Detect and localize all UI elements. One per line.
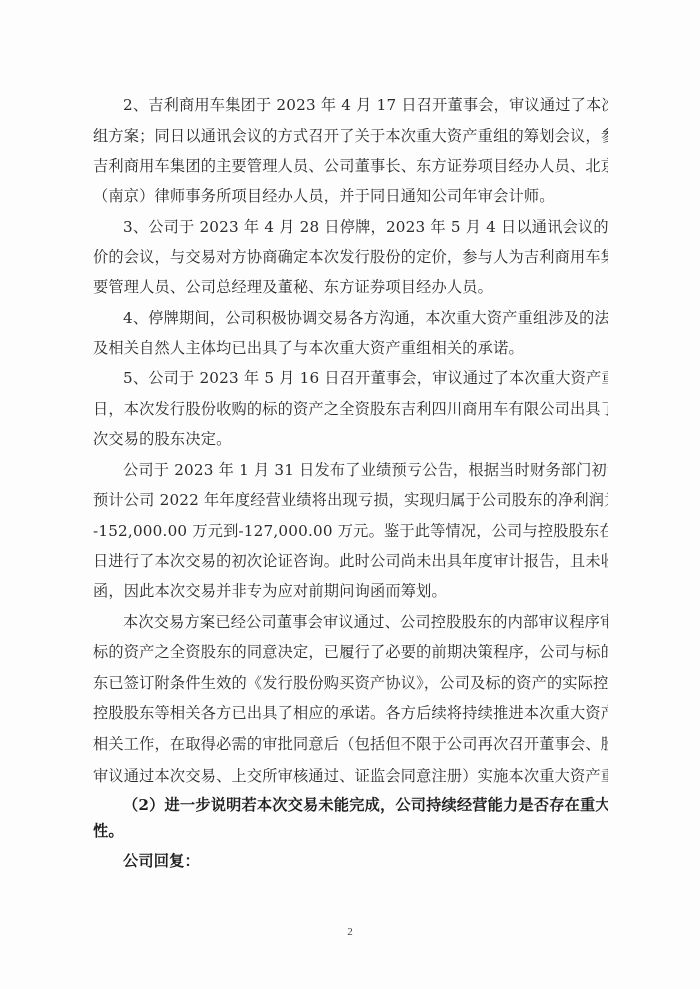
paragraph-line: 预计公司 2022 年年度经营业绩将出现亏损，实现归属于公司股东的净利润为人民币 xyxy=(93,489,608,511)
paragraph-line: 4、停牌期间，公司积极协调交易各方沟通，本次重大资产重组涉及的法人主体 xyxy=(123,307,608,329)
paragraph-line: 次交易的股东决定。 xyxy=(93,428,608,450)
question-heading: 性。 xyxy=(93,820,608,842)
paragraph-line: 公司于 2023 年 1 月 31 日发布了业绩预亏公告，根据当时财务部门初步测… xyxy=(123,459,608,481)
paragraph-line: 相关工作，在取得必需的审批同意后（包括但不限于公司再次召开董事会、股东大会 xyxy=(93,733,608,755)
document-page: 2、吉利商用车集团于 2023 年 4 月 17 日召开董事会，审议通过了本次重… xyxy=(0,0,700,989)
paragraph-line: 3、公司于 2023 年 4 月 28 日停牌，2023 年 5 月 4 日以通… xyxy=(123,216,608,238)
paragraph-line: -152,000.00 万元到-127,000.00 万元。鉴于此等情况，公司与… xyxy=(93,520,608,542)
paragraph-line: 5、公司于 2023 年 5 月 16 日召开董事会，审议通过了本次重大资产重组… xyxy=(123,367,608,389)
question-heading: （2）进一步说明若本次交易未能完成，公司持续经营能力是否存在重大不确定 xyxy=(123,794,608,816)
paragraph-line: 日进行了本次交易的初次论证咨询。此时公司尚未出具年度审计报告，且未收到问询 xyxy=(93,550,608,572)
paragraph-line: 要管理人员、公司总经理及董秘、东方证券项目经办人员。 xyxy=(93,276,608,298)
paragraph-line: 函，因此本次交易并非专为应对前期问询函而筹划。 xyxy=(93,580,608,602)
paragraph-line: 本次交易方案已经公司董事会审议通过、公司控股股东的内部审议程序审议通过、 xyxy=(123,611,608,633)
paragraph-line: 2、吉利商用车集团于 2023 年 4 月 17 日召开董事会，审议通过了本次重… xyxy=(123,94,608,116)
paragraph-line: 价的会议，与交易对方协商确定本次发行股份的定价，参与人为吉利商用车集团的主 xyxy=(93,246,608,268)
paragraph-line: （南京）律师事务所项目经办人员，并于同日通知公司年审会计师。 xyxy=(93,185,608,207)
paragraph-line: 及相关自然人主体均已出具了与本次重大资产重组相关的承诺。 xyxy=(93,337,608,359)
paragraph-line: 东已签订附条件生效的《发行股份购买资产协议》，公司及标的资产的实际控制人、 xyxy=(93,672,608,694)
paragraph-line: 标的资产之全资股东的同意决定，已履行了必要的前期决策程序，公司与标的资产股 xyxy=(93,641,608,663)
paragraph-line: 组方案；同日以通讯会议的方式召开了关于本次重大资产重组的筹划会议，参与人为 xyxy=(93,125,608,147)
paragraph-line: 日，本次发行股份收购的标的资产之全资股东吉利四川商用车有限公司出具了同意本 xyxy=(93,398,608,420)
paragraph-line: 吉利商用车集团的主要管理人员、公司董事长、东方证券项目经办人员、北京市盈科 xyxy=(93,155,608,177)
page-number: 2 xyxy=(340,926,360,938)
paragraph-line: 控股股东等相关各方已出具了相应的承诺。各方后续将持续推进本次重大资产重组的 xyxy=(93,702,608,724)
paragraph-line: 审议通过本次交易、上交所审核通过、证监会同意注册）实施本次重大资产重组。 xyxy=(93,765,608,787)
reply-heading: 公司回复： xyxy=(123,850,608,872)
